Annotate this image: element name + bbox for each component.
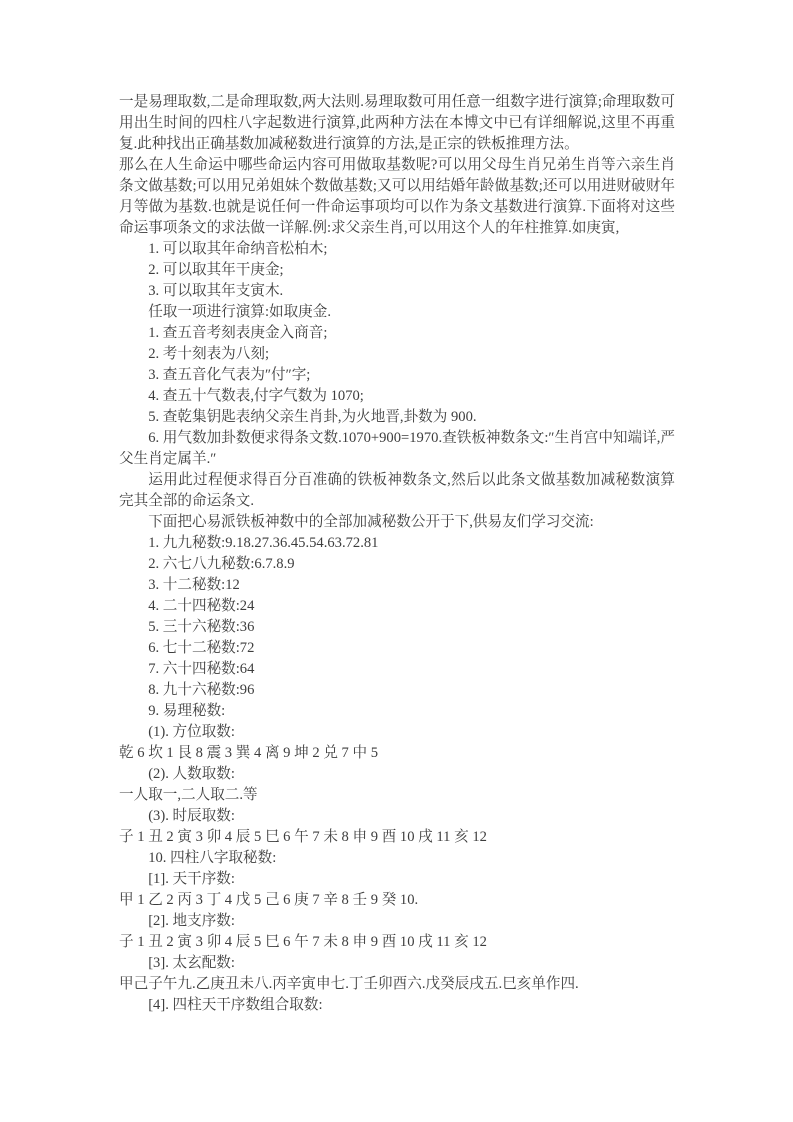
paragraph: 9. 易理秘数: [119,701,675,722]
paragraph: 4. 查五十气数表,付字气数为 1070; [119,386,675,407]
paragraph: 3. 可以取其年支寅木. [119,281,675,302]
paragraph: 运用此过程便求得百分百准确的铁板神数条文,然后以此条文做基数加减秘数演算完其全部… [119,470,675,512]
paragraph: 那么在人生命运中哪些命运内容可用做取基数呢?可以用父母生肖兄弟生肖等六亲生肖条文… [119,155,675,239]
paragraph: [3]. 太玄配数: [119,953,675,974]
paragraph: 4. 二十四秘数:24 [119,596,675,617]
paragraph: 1. 九九秘数:9.18.27.36.45.54.63.72.81 [119,533,675,554]
paragraph: (2). 人数取数: [119,764,675,785]
paragraph: 2. 六七八九秘数:6.7.8.9 [119,554,675,575]
paragraph: 3. 十二秘数:12 [119,575,675,596]
paragraph: 甲 1 乙 2 丙 3 丁 4 戊 5 己 6 庚 7 辛 8 壬 9 癸 10… [119,890,675,911]
paragraph: 甲己子午九.乙庚丑未八.丙辛寅申七.丁壬卯酉六.戊癸辰戌五.巳亥单作四. [119,974,675,995]
paragraph: 下面把心易派铁板神数中的全部加减秘数公开于下,供易友们学习交流: [119,512,675,533]
paragraph: [1]. 天干序数: [119,869,675,890]
paragraph: 6. 七十二秘数:72 [119,638,675,659]
paragraph: 7. 六十四秘数:64 [119,659,675,680]
paragraph: 10. 四柱八字取秘数: [119,848,675,869]
paragraph: (3). 时辰取数: [119,806,675,827]
paragraph: 3. 查五音化气表为″付″字; [119,365,675,386]
paragraph: 子 1 丑 2 寅 3 卯 4 辰 5 巳 6 午 7 未 8 申 9 酉 10… [119,827,675,848]
paragraph: 8. 九十六秘数:96 [119,680,675,701]
paragraph: 1. 可以取其年命纳音松柏木; [119,239,675,260]
paragraph: [2]. 地支序数: [119,911,675,932]
paragraph: 2. 可以取其年干庚金; [119,260,675,281]
paragraph: 一人取一,二人取二.等 [119,785,675,806]
paragraph: 一是易理取数,二是命理取数,两大法则.易理取数可用任意一组数字进行演算;命理取数… [119,92,675,155]
paragraph: 子 1 丑 2 寅 3 卯 4 辰 5 巳 6 午 7 未 8 申 9 酉 10… [119,932,675,953]
paragraph: 5. 查乾集钥匙表纳父亲生肖卦,为火地晋,卦数为 900. [119,407,675,428]
document-page: 一是易理取数,二是命理取数,两大法则.易理取数可用任意一组数字进行演算;命理取数… [0,0,793,1122]
paragraph: 2. 考十刻表为八刻; [119,344,675,365]
paragraph: 5. 三十六秘数:36 [119,617,675,638]
paragraph: 1. 查五音考刻表庚金入商音; [119,323,675,344]
paragraph: 6. 用气数加卦数便求得条文数.1070+900=1970.查铁板神数条文:″生… [119,428,675,470]
paragraph: [4]. 四柱天干序数组合取数: [119,995,675,1016]
paragraph: 乾 6 坎 1 艮 8 震 3 巽 4 离 9 坤 2 兑 7 中 5 [119,743,675,764]
document-text-body: 一是易理取数,二是命理取数,两大法则.易理取数可用任意一组数字进行演算;命理取数… [119,92,675,1016]
paragraph: (1). 方位取数: [119,722,675,743]
paragraph: 任取一项进行演算:如取庚金. [119,302,675,323]
